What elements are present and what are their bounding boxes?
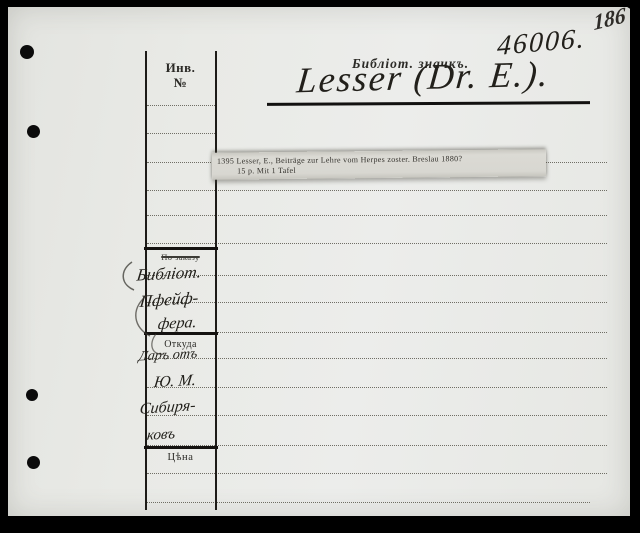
scan-frame-corner [0, 0, 9, 26]
punch-hole [20, 45, 34, 59]
ruled-line [147, 502, 590, 503]
inventory-header-line1: Инв. [166, 60, 196, 75]
ruled-line [147, 105, 215, 106]
inventory-header-line2: № [174, 75, 188, 90]
punch-hole [27, 456, 40, 469]
scanned-catalog-card: Инв. № По заказу Библіот. Пфейф- фера. О… [0, 0, 640, 533]
price-label: Цѣна [145, 452, 216, 463]
punch-hole [27, 125, 40, 138]
author-heading-handwritten: Lesser (Dr. E.). [295, 53, 552, 102]
scan-frame-corner [616, 0, 640, 15]
donor-handwriting-line4: ковъ [146, 426, 176, 444]
handwriting-flourish [110, 248, 230, 378]
punch-hole [26, 389, 38, 401]
inventory-number-header: Инв. № [145, 60, 216, 90]
ruled-line [147, 133, 215, 134]
column-separator [144, 446, 218, 449]
pasted-catalog-clipping: 1395 Lesser, E., Beiträge zur Lehre vom … [212, 149, 546, 179]
